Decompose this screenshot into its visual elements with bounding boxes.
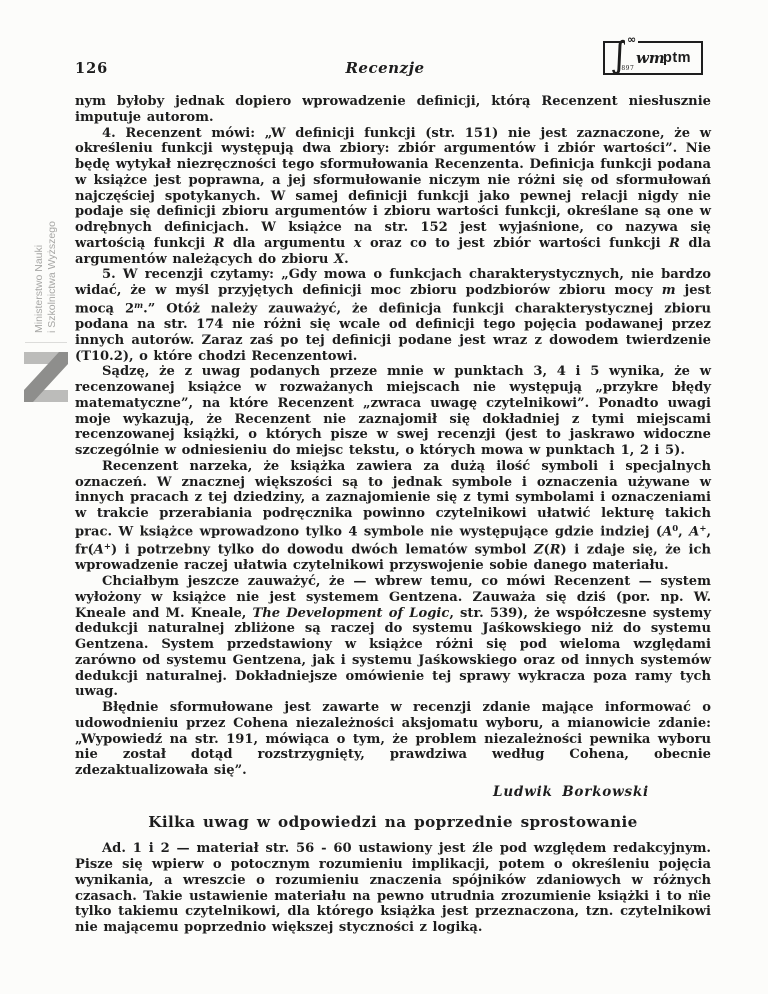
- journal-logo: ∫ ∞ 1897 wm ptm: [603, 41, 703, 75]
- paragraph-symbols: Recenzent narzeka, że książka zawiera za…: [75, 459, 711, 574]
- paragraph-cohen: Błędnie sformułowane jest zawarte w rece…: [75, 700, 711, 779]
- ministry-name-line2: i Szkolnictwa Wyższego: [46, 221, 59, 333]
- paragraph-gentzen: Chciałbym jeszcze zauważyć, że — wbrew t…: [75, 574, 711, 700]
- ministry-name: Ministerstwo Nauki i Szkolnictwa Wyższeg…: [33, 221, 59, 333]
- paragraph-point-4: 4. Recenzent mówi: „W definicji funkcji …: [75, 126, 711, 268]
- paragraph-summary: Sądzę, że z uwag podanych przeze mnie w …: [75, 364, 711, 459]
- infinity-icon: ∞: [625, 34, 638, 45]
- running-title: Recenzje: [345, 59, 424, 77]
- document-body: nym byłoby jednak dopiero wprowadzenie d…: [75, 94, 711, 936]
- journal-logo-ptm: ptm: [663, 50, 691, 66]
- scanned-document-page: Ministerstwo Nauki i Szkolnictwa Wyższeg…: [0, 0, 768, 994]
- ministry-sidebar: Ministerstwo Nauki i Szkolnictwa Wyższeg…: [22, 207, 70, 402]
- paragraph-point-5: 5. W recenzji czytamy: „Gdy mowa o funkc…: [75, 267, 711, 364]
- page-number: 126: [75, 60, 108, 77]
- paragraph-continuation: nym byłoby jednak dopiero wprowadzenie d…: [75, 94, 711, 126]
- sidebar-divider: [25, 342, 67, 343]
- journal-logo-wm: wm: [636, 49, 665, 67]
- section-heading: Kilka uwag w odpowiedzi na poprzednie sp…: [75, 815, 711, 831]
- print-artifact: ': [695, 888, 698, 901]
- ministry-logo-icon: [24, 352, 68, 402]
- author-signature: Ludwik Borkowski: [75, 785, 711, 801]
- journal-logo-year: 1897: [617, 65, 634, 72]
- paragraph-ad-1-2: Ad. 1 i 2 — materiał str. 56 - 60 ustawi…: [75, 841, 711, 936]
- ministry-name-line1: Ministerstwo Nauki: [33, 221, 46, 333]
